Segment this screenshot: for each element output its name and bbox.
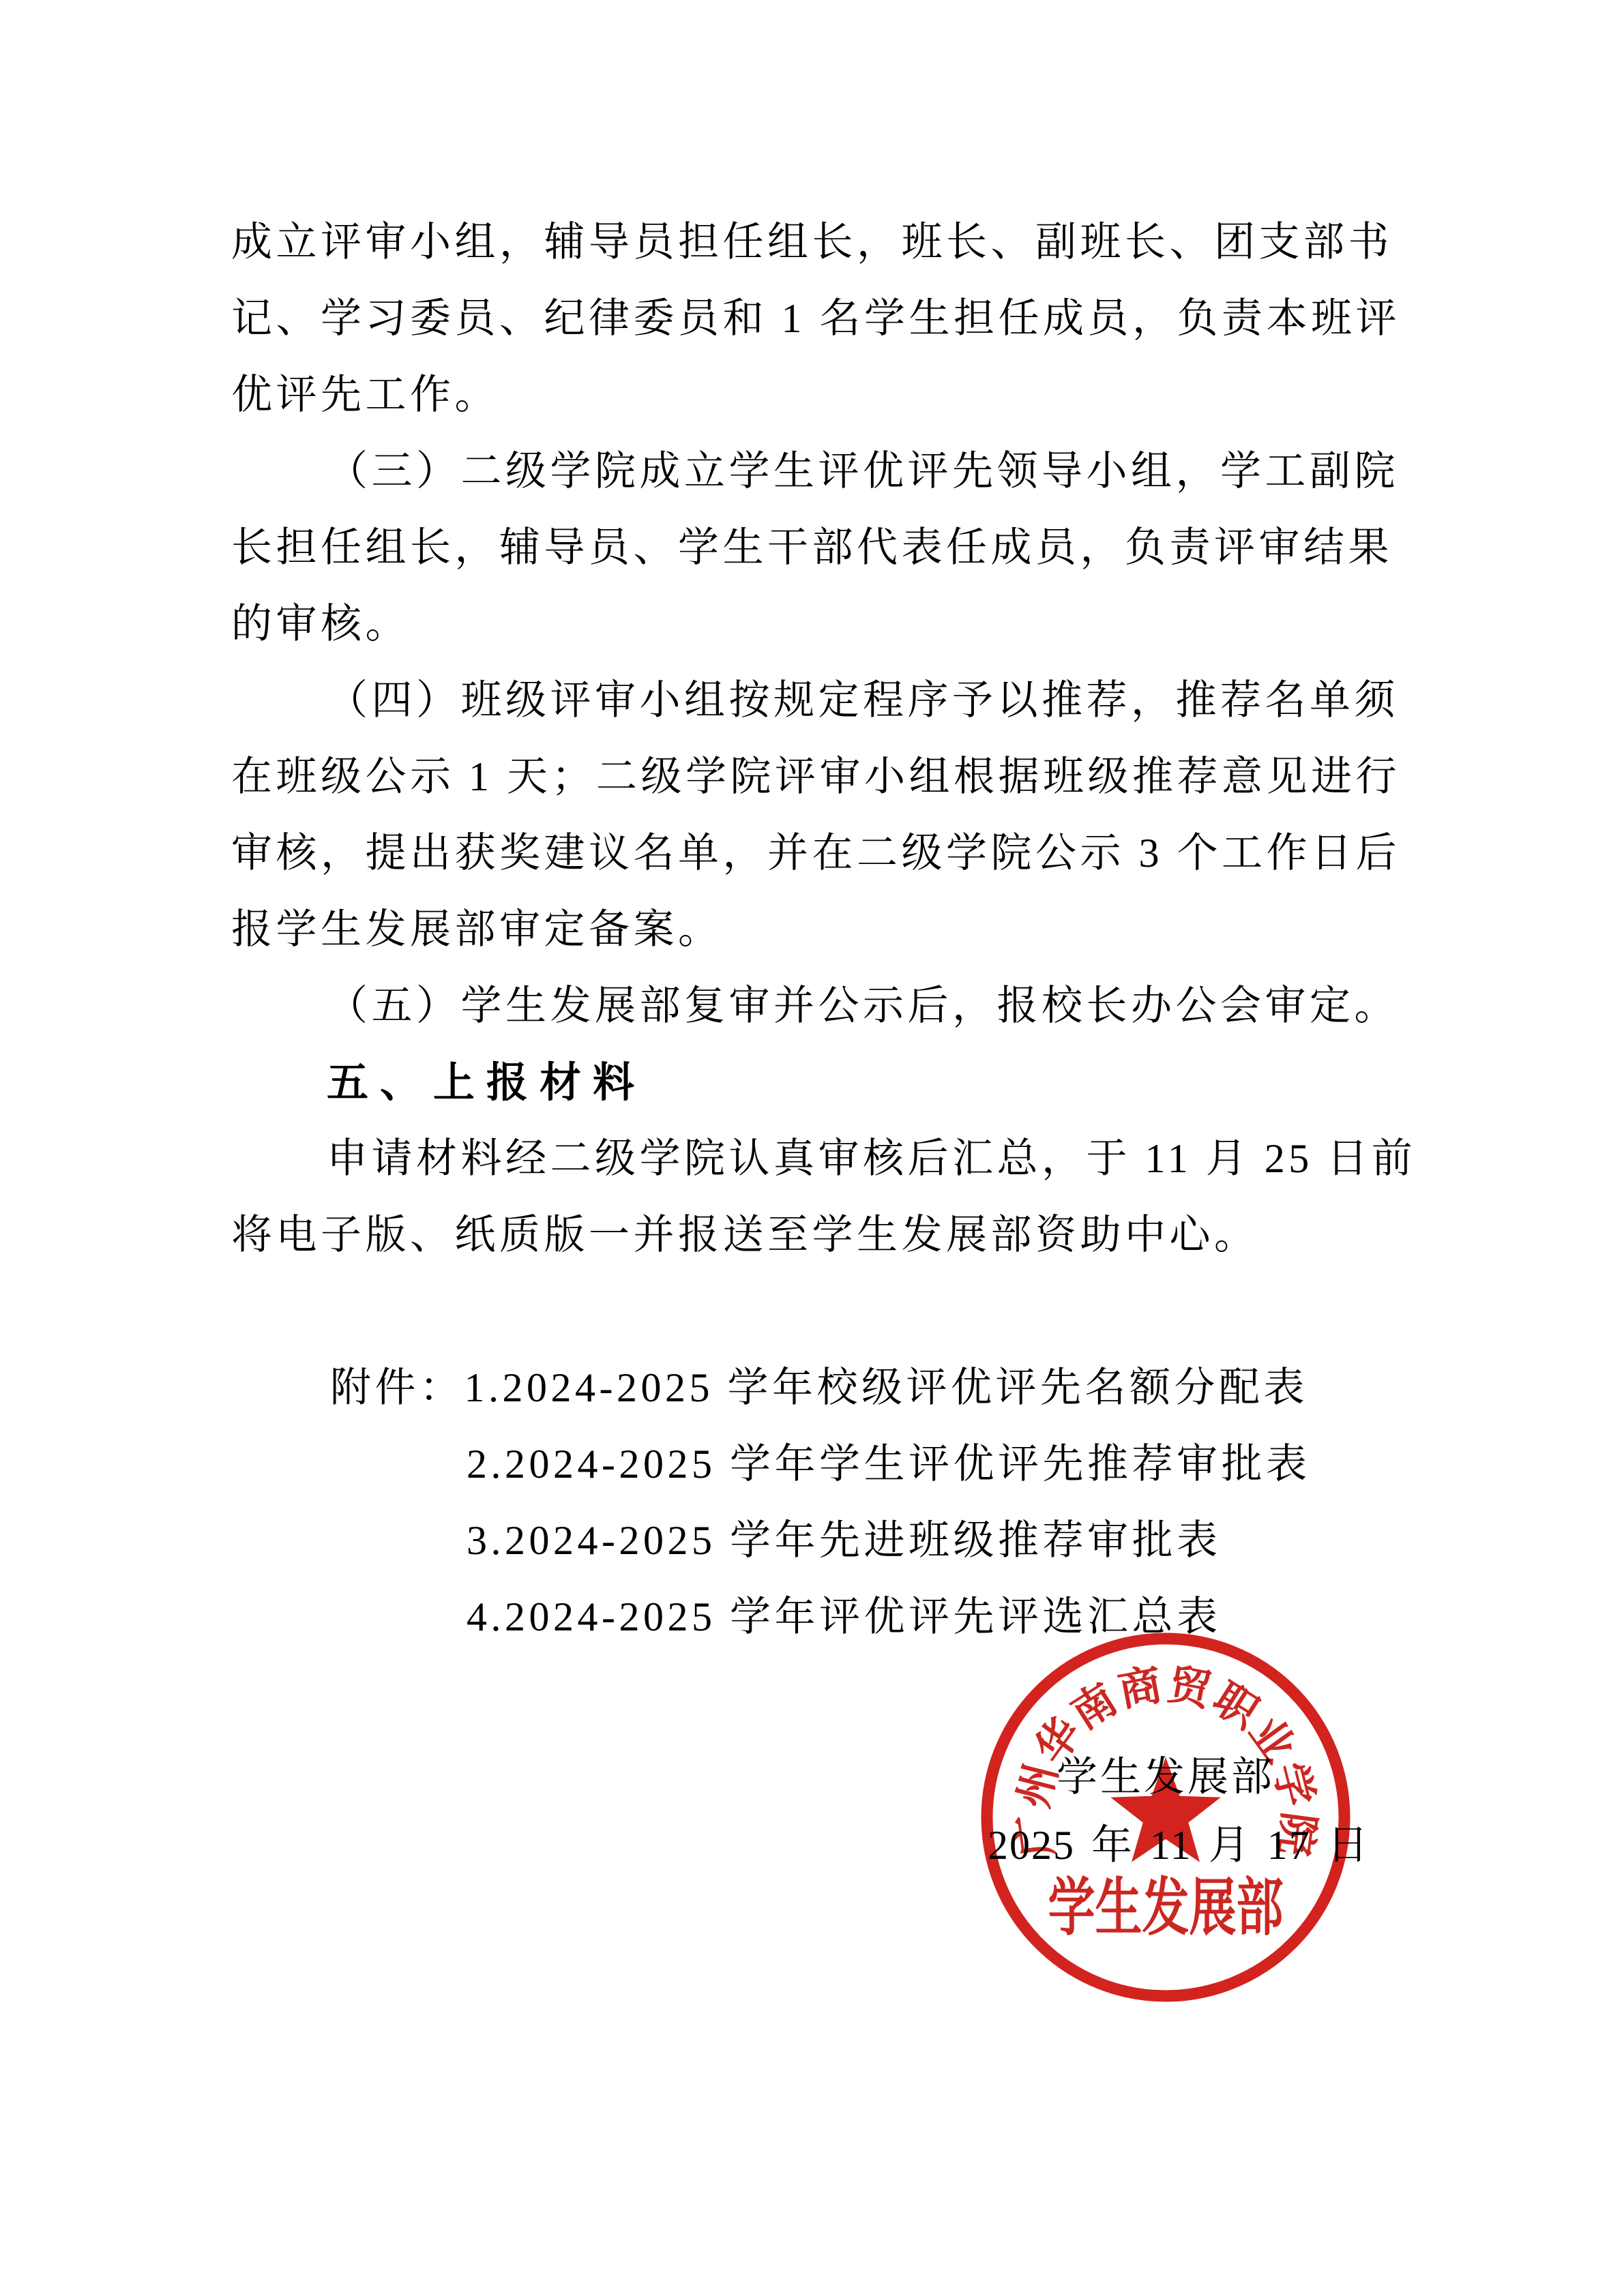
text-line: 长担任组长，辅导员、学生干部代表任成员，负责评审结果 bbox=[231, 527, 1393, 568]
text-line: （四）班级评审小组按规定程序予以推荐，推荐名单须 bbox=[231, 680, 1399, 721]
signature-date: 2025 年 11 月 17 日 bbox=[988, 1825, 1370, 1866]
text-line: 将电子版、纸质版一并报送至学生发展部资助中心。 bbox=[231, 1214, 1259, 1255]
text-line: 申请材料经二级学院认真审核后汇总，于 11 月 25 日前 bbox=[231, 1138, 1416, 1179]
text-line: 记、学习委员、纪律委员和 1 名学生担任成员，负责本班评 bbox=[231, 298, 1400, 339]
text-line: 的审核。 bbox=[231, 603, 410, 644]
document-page: 成立评审小组，辅导员担任组长，班长、副班长、团支部书记、学习委员、纪律委员和 1… bbox=[0, 0, 1624, 2296]
text-line: （三）二级学院成立学生评优评先领导小组，学工副院 bbox=[231, 451, 1399, 492]
text-line: 附件：1.2024-2025 学年校级评优评先名额分配表 bbox=[231, 1367, 1308, 1408]
text-line: 在班级公示 1 天；二级学院评审小组根据班级推荐意见进行 bbox=[231, 756, 1400, 797]
text-line: 报学生发展部审定备案。 bbox=[231, 909, 723, 950]
text-line: 审核，提出获奖建议名单，并在二级学院公示 3 个工作日后 bbox=[231, 833, 1400, 874]
official-stamp: 广州华南商贸职业学院 学生发展部 bbox=[975, 1626, 1357, 2008]
text-line: 成立评审小组，辅导员担任组长，班长、副班长、团支部书 bbox=[231, 222, 1393, 263]
signature-department: 学生发展部 bbox=[1057, 1757, 1275, 1798]
text-line: 2.2024-2025 学年学生评优评先推荐审批表 bbox=[231, 1444, 1310, 1485]
stamp-bottom-text: 学生发展部 bbox=[1048, 1874, 1284, 1943]
text-line: （五）学生发展部复审并公示后，报校长办公会审定。 bbox=[231, 985, 1399, 1026]
text-line: 3.2024-2025 学年先进班级推荐审批表 bbox=[231, 1520, 1221, 1561]
text-line: 五、上报材料 bbox=[231, 1062, 646, 1103]
text-line: 优评先工作。 bbox=[231, 374, 499, 415]
